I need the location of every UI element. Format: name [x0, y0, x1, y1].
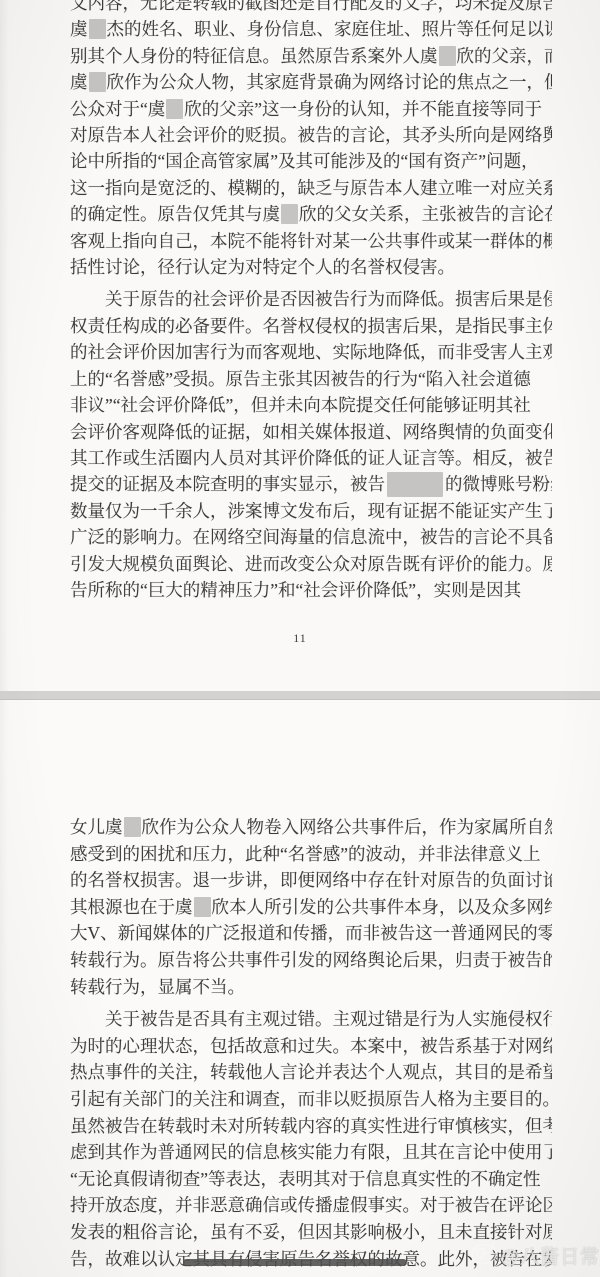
text-run: 对原告本人社会评价的贬损。被告的言论，其矛头所向是网络舆 [70, 125, 552, 145]
text-line: 引起有关部门的关注和调查，而非以贬损原告人格为主要目的。 [70, 1086, 552, 1113]
document-page-2: 女儿虞欣作为公众人物卷入网络公共事件后，作为家属所自然感受到的困扰和压力，此种“… [0, 700, 600, 1277]
text-run: 引发大规模负面舆论、进而改变公众对原告既有评价的能力。原 [70, 554, 552, 574]
text-run: 热点事件的关注，转载他人言论并表达个人观点，其目的是希望 [70, 1062, 552, 1082]
text-run: 虽然被告在转载时未对所转载内容的真实性进行审慎核实，但考 [70, 1116, 552, 1136]
text-run: 其根源也在于虞 [70, 897, 193, 917]
text-line: 客观上指向自己，本院不能将针对某一公共事件或某一群体的概 [70, 228, 552, 254]
redaction-box [89, 19, 106, 39]
redaction-box [439, 46, 456, 66]
text-line: 感受到的困扰和压力，此种“名誉感”的波动，并非法律意义上 [70, 841, 552, 868]
text-line: 的社会评价因加害行为而客观地、实际地降低，而非受害人主观 [70, 339, 552, 365]
text-line: 转载行为。原告将公共事件引发的网络舆论后果，归责于被告的 [70, 947, 552, 974]
paragraph: 女儿虞欣作为公众人物卷入网络公共事件后，作为家属所自然感受到的困扰和压力，此种“… [70, 814, 552, 1000]
text-line: 上的“名誉感”受损。原告主张其因被告的行为“陷入社会道德 [70, 366, 552, 392]
text-run: 非议”“社会评价降低”，但并未向本院提交任何能够证明其社 [70, 395, 531, 415]
text-line: 括性讨论，径行认定为对特定个人的名誉权侵害。 [70, 254, 552, 280]
text-line: 转载行为，显属不当。 [70, 974, 552, 1001]
text-line: 的确定性。原告仅凭其与虞欣的父女关系，主张被告的言论在 [70, 201, 552, 227]
text-line: 非议”“社会评价降低”，但并未向本院提交任何能够证明其社 [70, 392, 552, 418]
text-run: 的微博账号粉丝 [445, 474, 552, 494]
text-run: 欣作为公众人物，其家庭背景确为网络讨论的焦点之一，但 [107, 72, 553, 92]
text-run: 告所称的“巨大的精神压力”和“社会评价降低”，实则是因其 [70, 580, 521, 600]
text-line: 女儿虞欣作为公众人物卷入网络公共事件后，作为家属所自然 [70, 814, 552, 841]
text-line: 论中所指的“国企高管家属”及其可能涉及的“国有资产”问题， [70, 148, 552, 174]
paragraph: 文内容，无论是转载的截图还是自行配发的文字，均未提及原告虞杰的姓名、职业、身份信… [70, 0, 552, 280]
text-line: 虑到其作为普通网民的信息核实能力有限，且其在言论中使用了 [70, 1139, 552, 1166]
text-run: 转载行为，显属不当。 [70, 977, 245, 997]
document-page-1: 文内容，无论是转载的截图还是自行配发的文字，均未提及原告虞杰的姓名、职业、身份信… [0, 0, 600, 692]
text-run: 关于被告是否具有主观过错。主观过错是行为人实施侵权行 [105, 1009, 552, 1029]
text-run: 括性讨论，径行认定为对特定个人的名誉权侵害。 [70, 257, 455, 277]
text-run: 论中所指的“国企高管家属”及其可能涉及的“国有资产”问题， [70, 151, 539, 171]
text-run: 关于原告的社会评价是否因被告行为而降低。损害后果是侵 [105, 289, 552, 309]
text-run: 广泛的影响力。在网络空间海量的信息流中，被告的言论不具备 [70, 527, 552, 547]
text-run: 权责任构成的必备要件。名誉权侵权的损害后果，是指民事主体 [70, 316, 552, 336]
paragraph: 关于原告的社会评价是否因被告行为而降低。损害后果是侵权责任构成的必备要件。名誉权… [70, 286, 552, 603]
bottom-bar [183, 1259, 407, 1266]
text-run: 的确定性。原告仅凭其与虞 [70, 204, 280, 224]
text-run: 为时的心理状态，包括故意和过失。本案中，被告系基于对网络 [70, 1036, 552, 1056]
text-line: 数量仅为一千余人，涉案博文发布后，现有证据不能证实产生了 [70, 498, 552, 524]
text-line: 热点事件的关注，转载他人言论并表达个人观点，其目的是希望 [70, 1059, 552, 1086]
text-run: 虞 [70, 19, 88, 39]
text-line: 的名誉权损害。退一步讲，即便网络中存在针对原告的负面讨论， [70, 867, 552, 894]
text-line: 虞杰的姓名、职业、身份信息、家庭住址、照片等任何足以识 [70, 16, 552, 42]
text-line: 权责任构成的必备要件。名誉权侵权的损害后果，是指民事主体 [70, 313, 552, 339]
text-run: 杰的姓名、职业、身份信息、家庭住址、照片等任何足以识 [107, 19, 553, 39]
redaction-box [387, 472, 443, 497]
text-run: 的名誉权损害。退一步讲，即便网络中存在针对原告的负面讨论， [70, 870, 552, 890]
text-run: 客观上指向自己，本院不能将针对某一公共事件或某一群体的概 [70, 231, 552, 251]
text-run: 欣本人所引发的公共事件本身，以及众多网络 [212, 897, 553, 917]
text-run: 转载行为。原告将公共事件引发的网络舆论后果，归责于被告的 [70, 950, 552, 970]
text-line: 大V、新闻媒体的广泛报道和传播，而非被告这一普通网民的零星、 [70, 920, 552, 947]
text-line: 为时的心理状态，包括故意和过失。本案中，被告系基于对网络 [70, 1033, 552, 1060]
text-line: 引发大规模负面舆论、进而改变公众对原告既有评价的能力。原 [70, 551, 552, 577]
text-line: 虽然被告在转载时未对所转载内容的真实性进行审慎核实，但考 [70, 1113, 552, 1140]
redaction-box [89, 72, 106, 92]
text-run: 其工作或生活圈内人员对其评价降低的证人证言等。相反，被告 [70, 448, 552, 468]
text-run: 这一指向是宽泛的、模糊的，缺乏与原告本人建立唯一对应关系 [70, 178, 552, 198]
redaction-box [166, 99, 183, 119]
text-run: 欣的父亲”这一身份的认知，并不能直接等同于 [184, 99, 542, 119]
text-line: 虞欣作为公众人物，其家庭背景确为网络讨论的焦点之一，但 [70, 69, 552, 95]
text-run: 虑到其作为普通网民的信息核实能力有限，且其在言论中使用了 [70, 1142, 552, 1162]
text-line: 发表的粗俗言论，虽有不妥，但因其影响极小，且未直接针对原 [70, 1219, 552, 1246]
text-run: 虞 [70, 72, 88, 92]
text-line: 这一指向是宽泛的、模糊的，缺乏与原告本人建立唯一对应关系 [70, 175, 552, 201]
text-line: 会评价客观降低的证据，如相关媒体报道、网络舆情的负面变化、 [70, 419, 552, 445]
text-run: 女儿虞 [70, 817, 123, 837]
text-run: 欣的父亲，而 [457, 46, 553, 66]
text-run: 持开放态度，并非恶意确信或传播虚假事实。对于被告在评论区 [70, 1195, 552, 1215]
redaction-box [194, 897, 211, 917]
text-run: 别其个人身份的特征信息。虽然原告系案外人虞 [70, 46, 438, 66]
text-run: 的社会评价因加害行为而客观地、实际地降低，而非受害人主观 [70, 342, 552, 362]
redaction-box [281, 204, 298, 224]
text-line: 关于被告是否具有主观过错。主观过错是行为人实施侵权行 [70, 1006, 552, 1033]
text-run: 提交的证据及本院查明的事实显示，被告 [70, 474, 385, 494]
text-line: 文内容，无论是转载的截图还是自行配发的文字，均未提及原告 [70, 0, 552, 16]
text-line: 广泛的影响力。在网络空间海量的信息流中，被告的言论不具备 [70, 524, 552, 550]
text-line: 其根源也在于虞欣本人所引发的公共事件本身，以及众多网络 [70, 894, 552, 921]
text-line: “无论真假请彻查”等表达，表明其对于信息真实性的不确定性 [70, 1166, 552, 1193]
text-run: “无论真假请彻查”等表达，表明其对于信息真实性的不确定性 [70, 1169, 541, 1189]
text-line: 告所称的“巨大的精神压力”和“社会评价降低”，实则是因其 [70, 577, 552, 603]
text-line: 别其个人身份的特征信息。虽然原告系案外人虞欣的父亲，而 [70, 43, 552, 69]
text-line: 提交的证据及本院查明的事实显示，被告的微博账号粉丝 [70, 471, 552, 497]
text-run: 上的“名誉感”受损。原告主张其因被告的行为“陷入社会道德 [70, 369, 531, 389]
text-line: 公众对于“虞欣的父亲”这一身份的认知，并不能直接等同于 [70, 96, 552, 122]
text-line: 持开放态度，并非恶意确信或传播虚假事实。对于被告在评论区 [70, 1192, 552, 1219]
text-run: 会评价客观降低的证据，如相关媒体报道、网络舆情的负面变化、 [70, 422, 552, 442]
page-divider [0, 691, 600, 700]
text-run: 大V、新闻媒体的广泛报道和传播，而非被告这一普通网民的零星、 [70, 923, 552, 943]
paragraph: 关于被告是否具有主观过错。主观过错是行为人实施侵权行为时的心理状态，包括故意和过… [70, 1006, 552, 1272]
text-line: 对原告本人社会评价的贬损。被告的言论，其矛头所向是网络舆 [70, 122, 552, 148]
redaction-box [124, 817, 141, 837]
text-run: 欣作为公众人物卷入网络公共事件后，作为家属所自然 [142, 817, 553, 837]
text-run: 数量仅为一千余人，涉案博文发布后，现有证据不能证实产生了 [70, 501, 552, 521]
text-run: 发表的粗俗言论，虽有不妥，但因其影响极小，且未直接针对原 [70, 1222, 552, 1242]
text-run: 欣的父女关系，主张被告的言论在 [299, 204, 552, 224]
text-line: 其工作或生活圈内人员对其评价降低的证人证言等。相反，被告 [70, 445, 552, 471]
text-run: 文内容，无论是转载的截图还是自行配发的文字，均未提及原告 [70, 0, 552, 13]
text-run: 引起有关部门的关注和调查，而非以贬损原告人格为主要目的。 [70, 1089, 552, 1109]
page-2-text: 女儿虞欣作为公众人物卷入网络公共事件后，作为家属所自然感受到的困扰和压力，此种“… [70, 814, 552, 1272]
text-line: 关于原告的社会评价是否因被告行为而降低。损害后果是侵 [70, 286, 552, 312]
page-1-text: 文内容，无论是转载的截图还是自行配发的文字，均未提及原告虞杰的姓名、职业、身份信… [70, 0, 552, 603]
page-number: 11 [0, 631, 600, 646]
text-run: 公众对于“虞 [70, 99, 165, 119]
text-run: 感受到的困扰和压力，此种“名誉感”的波动，并非法律意义上 [70, 844, 541, 864]
